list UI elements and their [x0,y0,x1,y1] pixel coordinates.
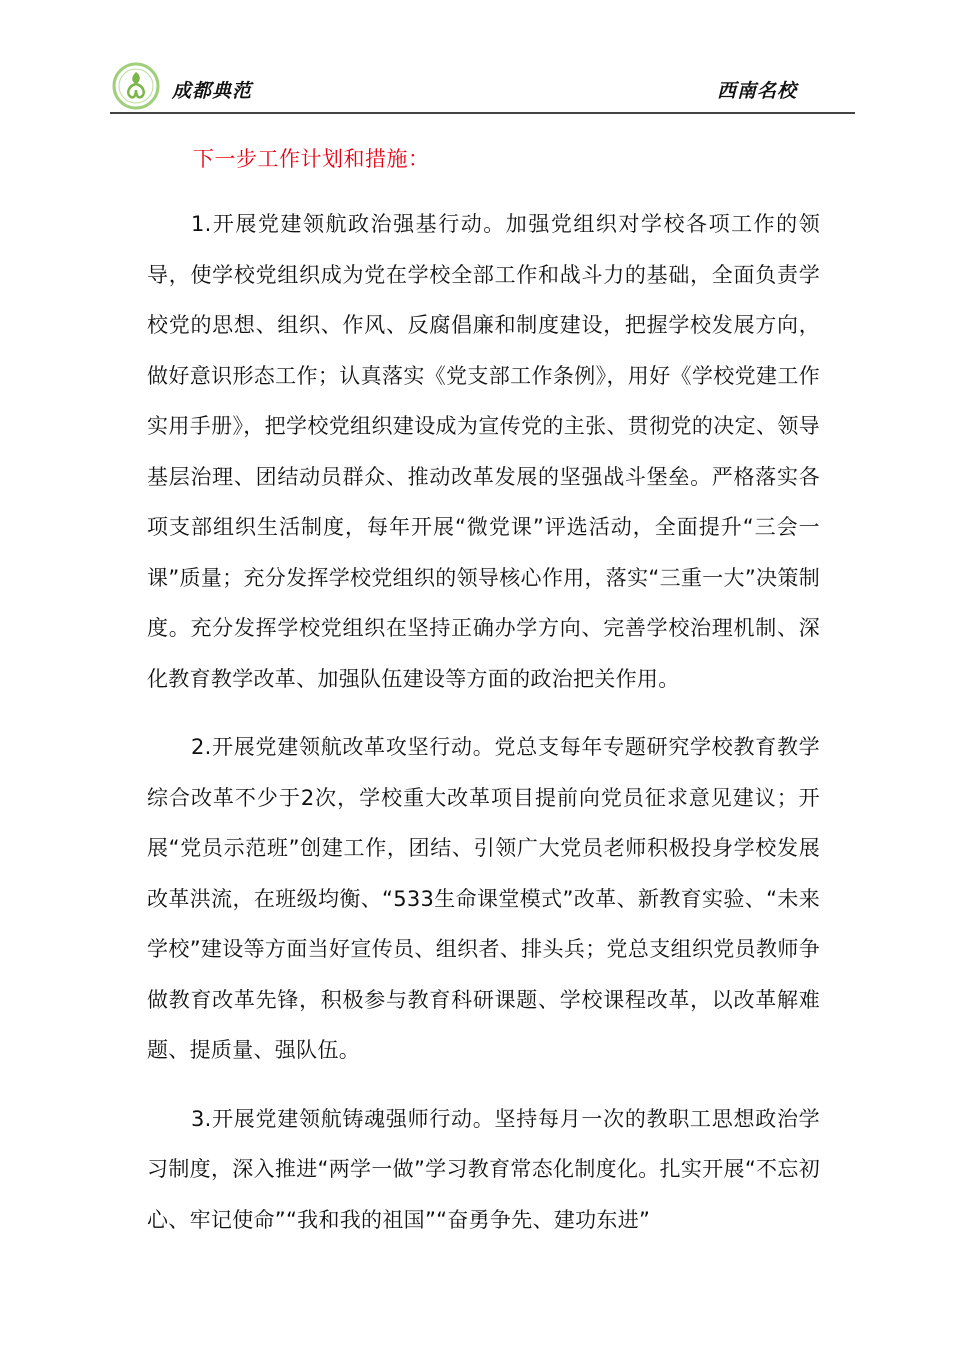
brand-title-left: 成都典范 [172,76,252,103]
paragraph-2: 2.开展党建领航改革攻坚行动。党总支每年专题研究学校教育教学综合改革不少于2次，… [147,722,820,1076]
brand-title-right: 西南名校 [717,76,797,103]
page-header: 成都典范 西南名校 [110,62,855,114]
document-body: 下一步工作计划和措施： 1.开展党建领航政治强基行动。加强党组织对学校各项工作的… [147,137,820,1263]
paragraph-1: 1.开展党建领航政治强基行动。加强党组织对学校各项工作的领导，使学校党组织成为党… [147,199,820,704]
section-heading: 下一步工作计划和措施： [147,137,820,181]
school-emblem-icon [112,62,162,110]
paragraph-3: 3.开展党建领航铸魂强师行动。坚持每月一次的教职工思想政治学习制度，深入推进“两… [147,1094,820,1246]
